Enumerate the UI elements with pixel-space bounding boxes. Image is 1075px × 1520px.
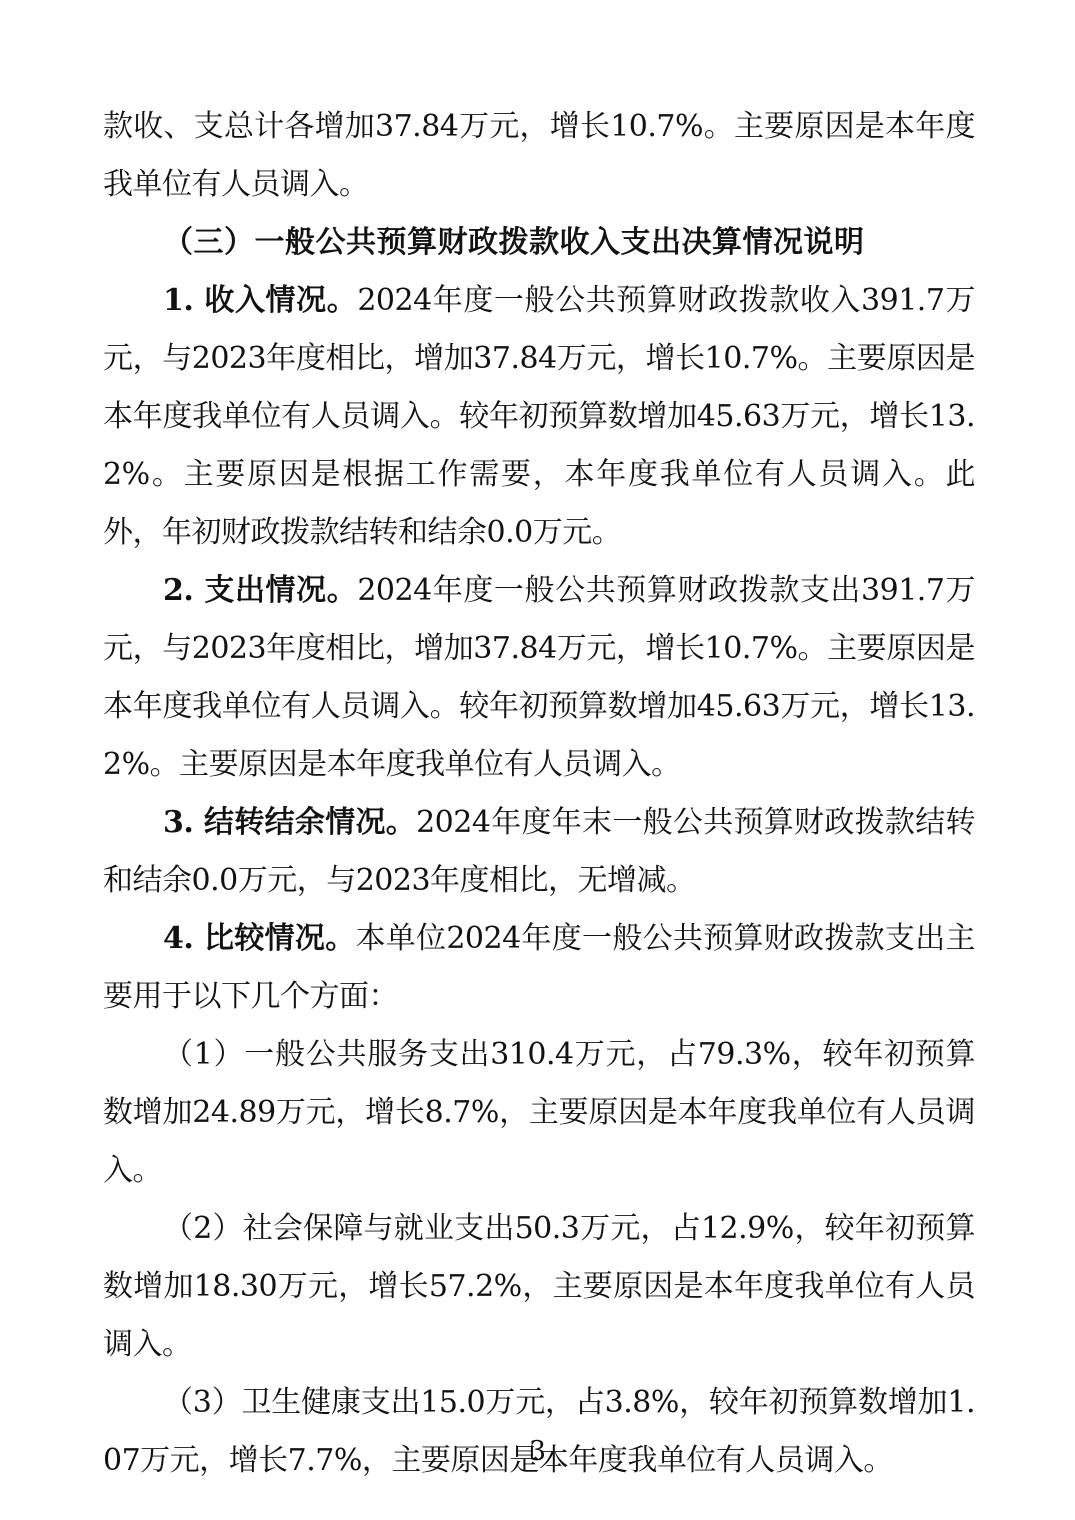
- breakdown-item-social-security-employment: （2）社会保障与就业支出50.3万元，占12.9%，较年初预算数增加18.30万…: [103, 1200, 975, 1374]
- paragraph-lead: 4. 比较情况。: [163, 921, 355, 956]
- paragraph-comparison: 4. 比较情况。本单位2024年度一般公共预算财政拨款支出主要用于以下几个方面：: [103, 910, 975, 1026]
- document-body: 款收、支总计各增加37.84万元，增长10.7%。主要原因是本年度我单位有人员调…: [103, 98, 975, 1490]
- breakdown-item-general-public-services: （1）一般公共服务支出310.4万元，占79.3%，较年初预算数增加24.89万…: [103, 1026, 975, 1200]
- paragraph-continuation: 款收、支总计各增加37.84万元，增长10.7%。主要原因是本年度我单位有人员调…: [103, 98, 975, 214]
- page-number: 3: [0, 1432, 1075, 1472]
- paragraph-carryover: 3. 结转结余情况。2024年度年末一般公共预算财政拨款结转和结余0.0万元，与…: [103, 794, 975, 910]
- paragraph-text: 2024年度一般公共预算财政拨款收入391.7万元，与2023年度相比，增加37…: [103, 283, 975, 550]
- paragraph-expenditure: 2. 支出情况。2024年度一般公共预算财政拨款支出391.7万元，与2023年…: [103, 562, 975, 794]
- document-page: 款收、支总计各增加37.84万元，增长10.7%。主要原因是本年度我单位有人员调…: [0, 0, 1075, 1520]
- paragraph-lead: 2. 支出情况。: [163, 573, 357, 608]
- paragraph-lead: 1. 收入情况。: [163, 283, 357, 318]
- section-heading: （三）一般公共预算财政拨款收入支出决算情况说明: [103, 214, 975, 272]
- paragraph-lead: 3. 结转结余情况。: [163, 805, 416, 840]
- paragraph-income: 1. 收入情况。2024年度一般公共预算财政拨款收入391.7万元，与2023年…: [103, 272, 975, 562]
